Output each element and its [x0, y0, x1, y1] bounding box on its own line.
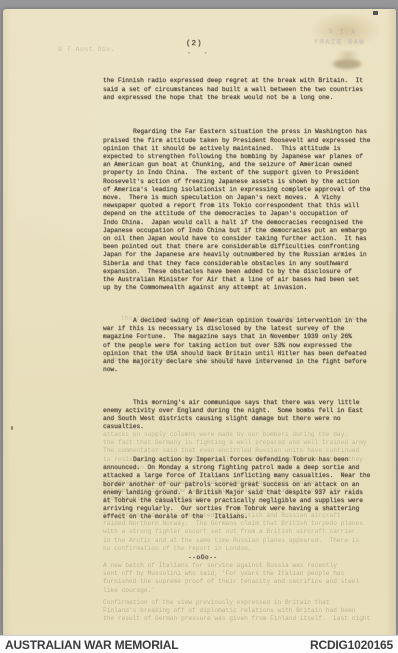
bleedthrough-text: reduced by at least a half for months to… [103, 356, 377, 364]
stamp-line: A.I.F. [321, 29, 355, 37]
paragraph: the Finnish radio expressed deep regret … [103, 77, 377, 102]
paragraph: A decided swing of American opinion towa… [103, 317, 377, 374]
stamp-bleedthrough: A.I.F.WAR DIARY [295, 29, 381, 48]
ink-speck [11, 426, 13, 430]
page-number: (2) [186, 40, 203, 48]
section-divider: --oOo-- [188, 554, 377, 562]
bleedthrough-text: attacks on supply columns were made by o… [103, 431, 377, 472]
item-id: RCDIG1020165 [310, 638, 393, 652]
dash-marks: - - [187, 50, 212, 58]
paragraph: Regarding the Far Eastern situation the … [103, 128, 377, 292]
document-page: A.I.F.WAR DIARY 9 7 Aust Div. (2) - - th… [3, 9, 396, 635]
bleedthrough-text: A new batch of Italians for service agai… [103, 562, 377, 595]
bleedthrough-text: The Moscow radio announces that German p… [103, 479, 377, 504]
unit-stamp-bleedthrough: 9 7 Aust Div. [58, 46, 115, 53]
bleedthrough-text: the troops had been flung back as much a… [121, 315, 377, 323]
stamp-line: WAR DIARY [312, 39, 363, 47]
scanned-page-view: A.I.F.WAR DIARY 9 7 Aust Div. (2) - - th… [0, 0, 398, 653]
bleedthrough-text: The German radio has announced that Brit… [103, 512, 377, 553]
paragraph: This morning's air communique says that … [103, 399, 377, 432]
footer-bar: AUSTRALIAN WAR MEMORIAL RCDIG1020165 [0, 635, 398, 653]
ink-speck [373, 11, 378, 15]
bleedthrough-text: Confirmation of the view previously expr… [103, 599, 377, 624]
archive-name: AUSTRALIAN WAR MEMORIAL [5, 638, 178, 652]
